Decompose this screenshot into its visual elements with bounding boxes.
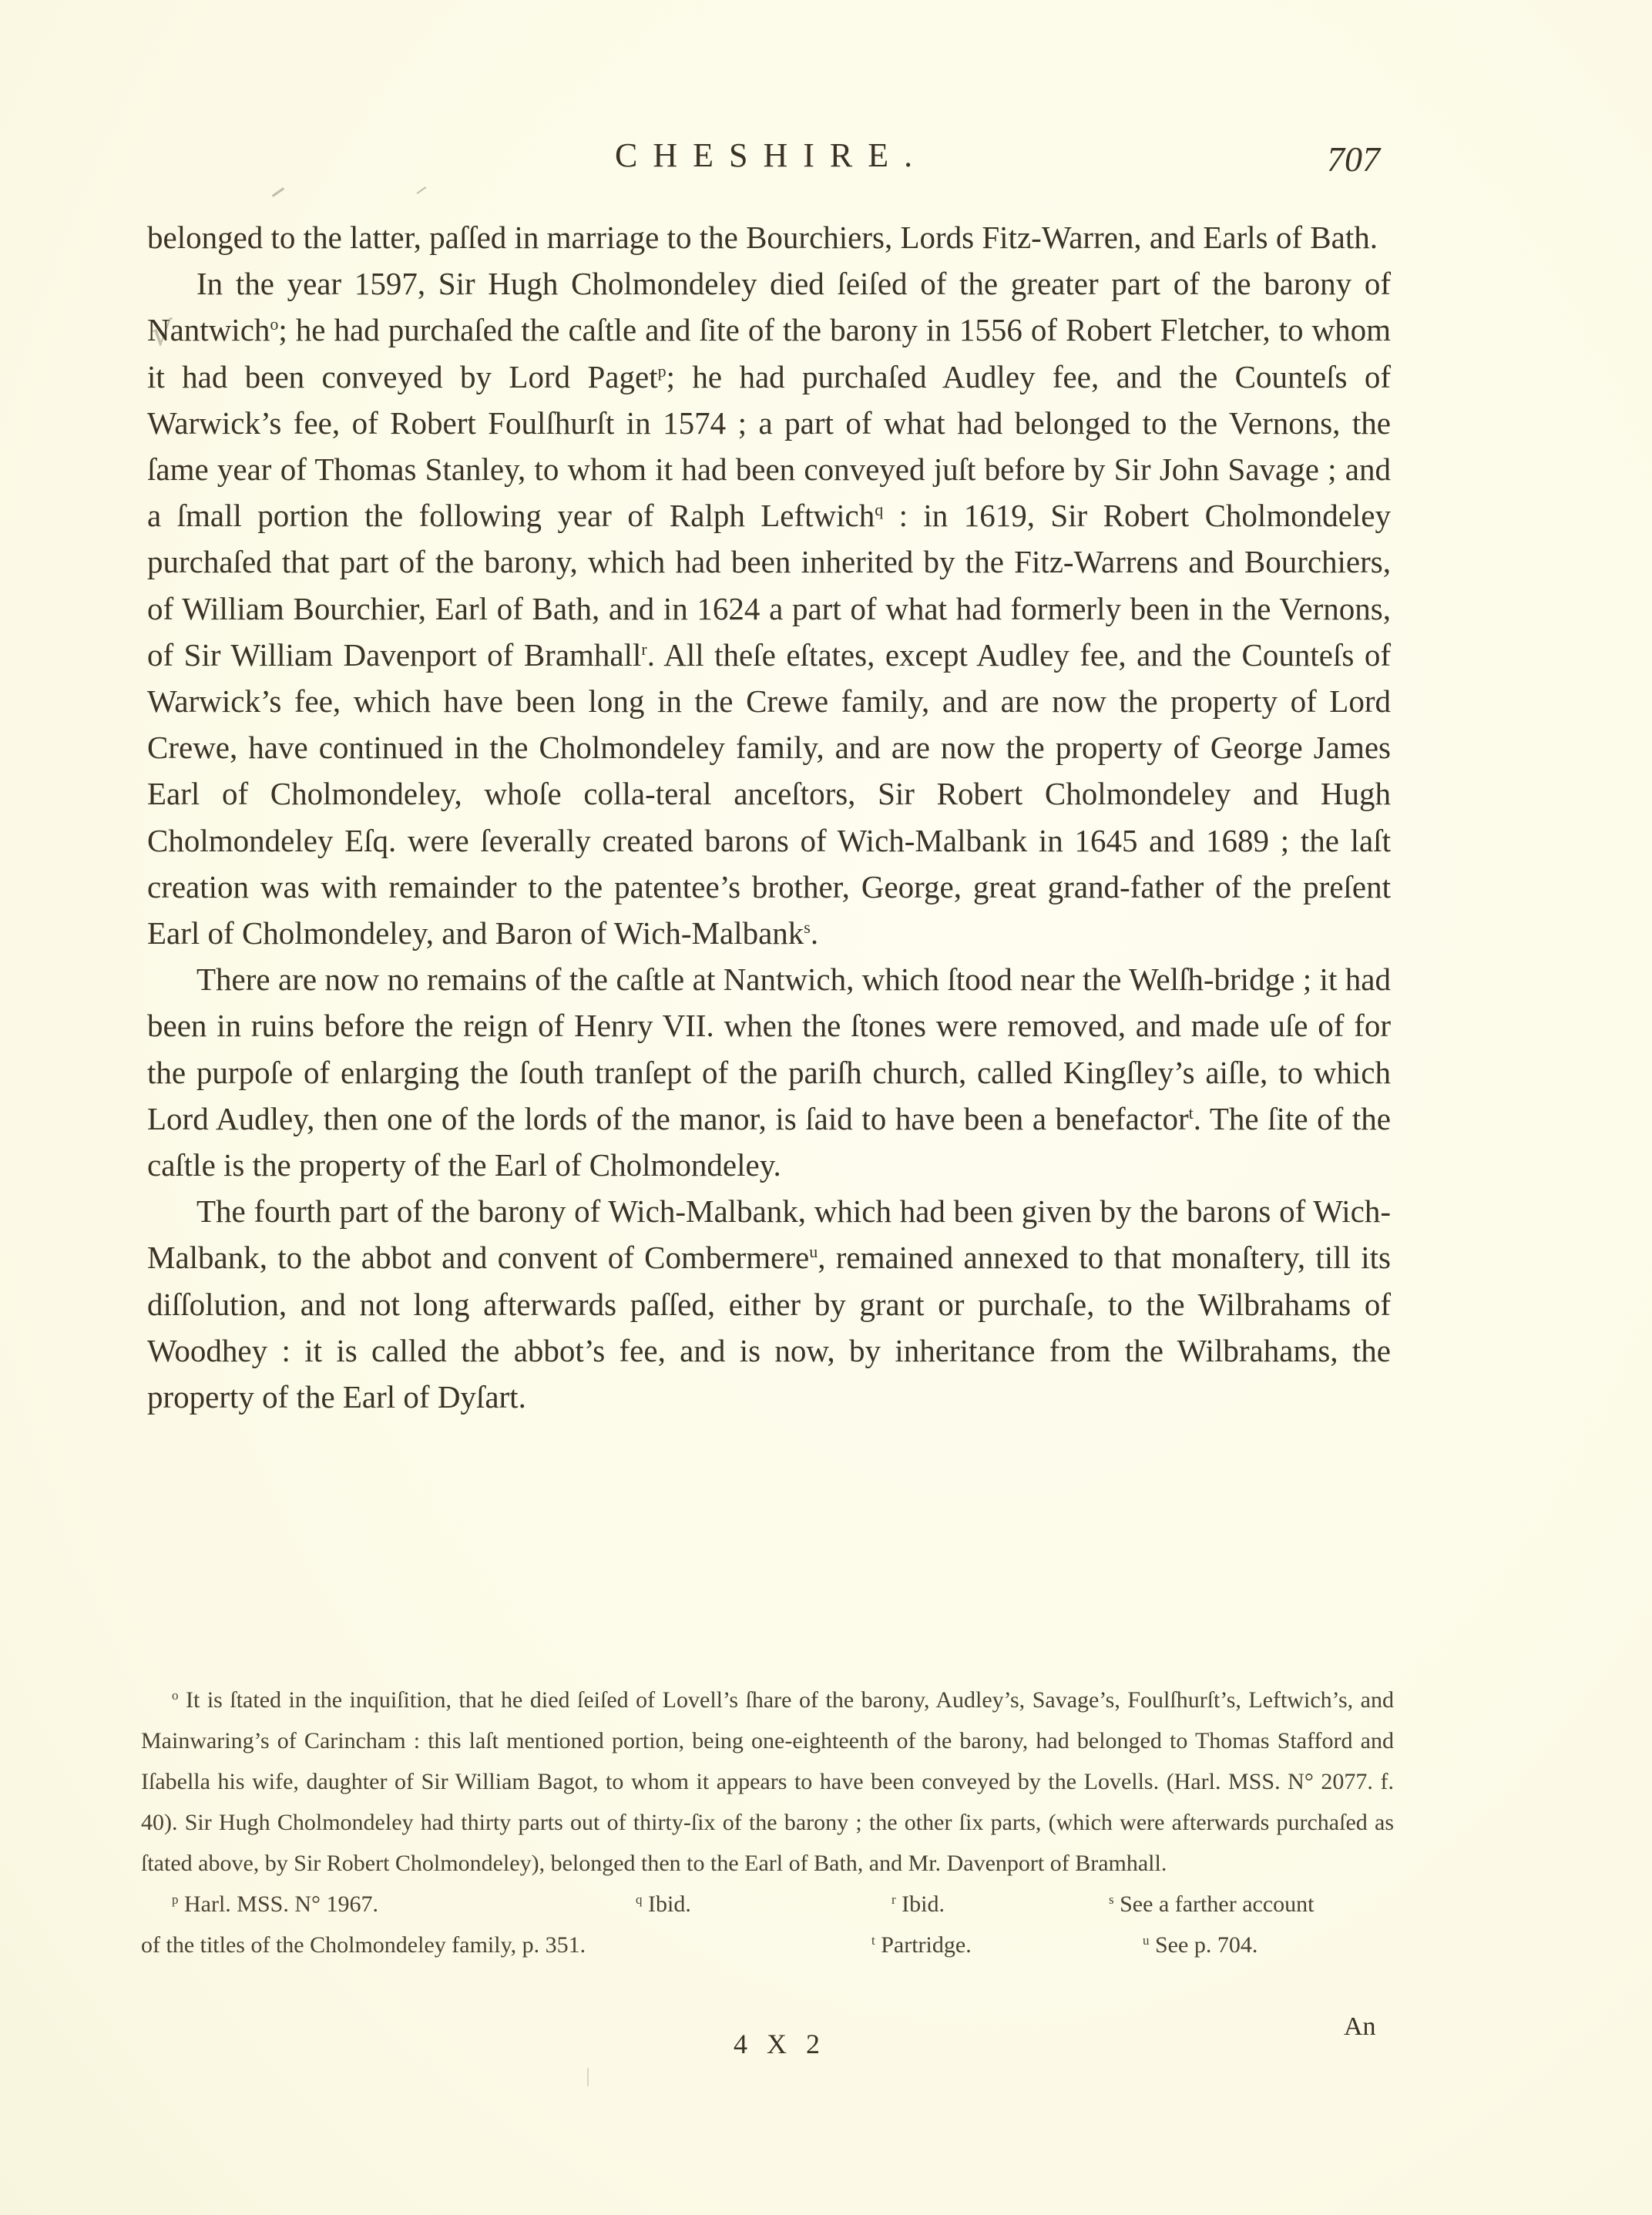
footnote-t: t Partridge.: [871, 1925, 972, 1965]
paper-blemish: [587, 2068, 589, 2086]
paragraph: In the year 1597, Sir Hugh Cholmondeley …: [147, 260, 1391, 956]
footnote-text: Partridge.: [881, 1932, 971, 1958]
footnote-o: o It is ſtated in the inquiſition, that …: [141, 1680, 1394, 1884]
paragraph: The fourth part of the barony of Wich-Ma…: [147, 1188, 1391, 1420]
ink-mark-decoration: [272, 187, 284, 197]
footnote-marker: q: [636, 1892, 643, 1907]
footnote-marker: t: [871, 1933, 875, 1948]
signature-mark: 4 X 2: [734, 2028, 826, 2060]
footnote-text: See p. 704.: [1155, 1932, 1257, 1958]
footnote-ref-r[interactable]: r: [641, 639, 646, 659]
footnote-row: p Harl. MSS. N° 1967. q Ibid. r Ibid. s …: [141, 1884, 1394, 1925]
paragraph: belonged to the latter, paſſed in marria…: [147, 214, 1391, 260]
footnote-q: q Ibid.: [636, 1884, 691, 1925]
main-text: belonged to the latter, paſſed in marria…: [147, 214, 1391, 1420]
footnote-ref-p[interactable]: p: [658, 361, 667, 381]
running-head: CHESHIRE. 707: [0, 136, 1652, 182]
paragraph: There are now no remains of the caſtle a…: [147, 956, 1391, 1188]
footnote-ref-o[interactable]: o: [270, 314, 278, 334]
footnote-ref-q[interactable]: q: [875, 500, 883, 519]
footnote-u: u See p. 704.: [1143, 1925, 1257, 1965]
footnote-text: It is ſtated in the inquiſition, that he…: [141, 1687, 1394, 1876]
footnote-text: See a farther account: [1120, 1891, 1314, 1917]
footnote-s: s See a farther account: [1109, 1884, 1314, 1925]
footnote-p: p Harl. MSS. N° 1967.: [172, 1884, 378, 1925]
footnote-marker: u: [1143, 1933, 1150, 1948]
footnote-s-continuation: of the titles of the Cholmondeley family…: [141, 1925, 586, 1965]
page-number: 707: [1327, 139, 1380, 180]
footnote-ref-u[interactable]: u: [809, 1242, 818, 1261]
footnote-r: r Ibid.: [891, 1884, 945, 1925]
running-title: CHESHIRE.: [615, 136, 928, 175]
footnote-ref-s[interactable]: s: [804, 918, 811, 937]
book-page: CHESHIRE. 707 √ belonged to the latter, …: [0, 0, 1652, 2215]
paragraph-text: belonged to the latter, paſſed in marria…: [147, 220, 1378, 255]
paragraph-text: . All theſe eſtates, except Audley fee, …: [147, 637, 1391, 951]
paragraph-text: .: [811, 915, 818, 951]
footnote-text: Ibid.: [902, 1891, 945, 1917]
footnote-marker: p: [172, 1892, 179, 1907]
ink-mark-decoration: [417, 186, 427, 194]
footnote-marker: s: [1109, 1892, 1114, 1907]
footnote-marker: r: [891, 1892, 896, 1907]
footnote-text: Harl. MSS. N° 1967.: [184, 1891, 378, 1917]
footnote-text: Ibid.: [648, 1891, 691, 1917]
footnotes: o It is ſtated in the inquiſition, that …: [141, 1680, 1394, 1965]
catchword: An: [1344, 2012, 1376, 2042]
footnote-marker: o: [172, 1688, 179, 1703]
footnote-row: of the titles of the Cholmondeley family…: [141, 1925, 1394, 1965]
